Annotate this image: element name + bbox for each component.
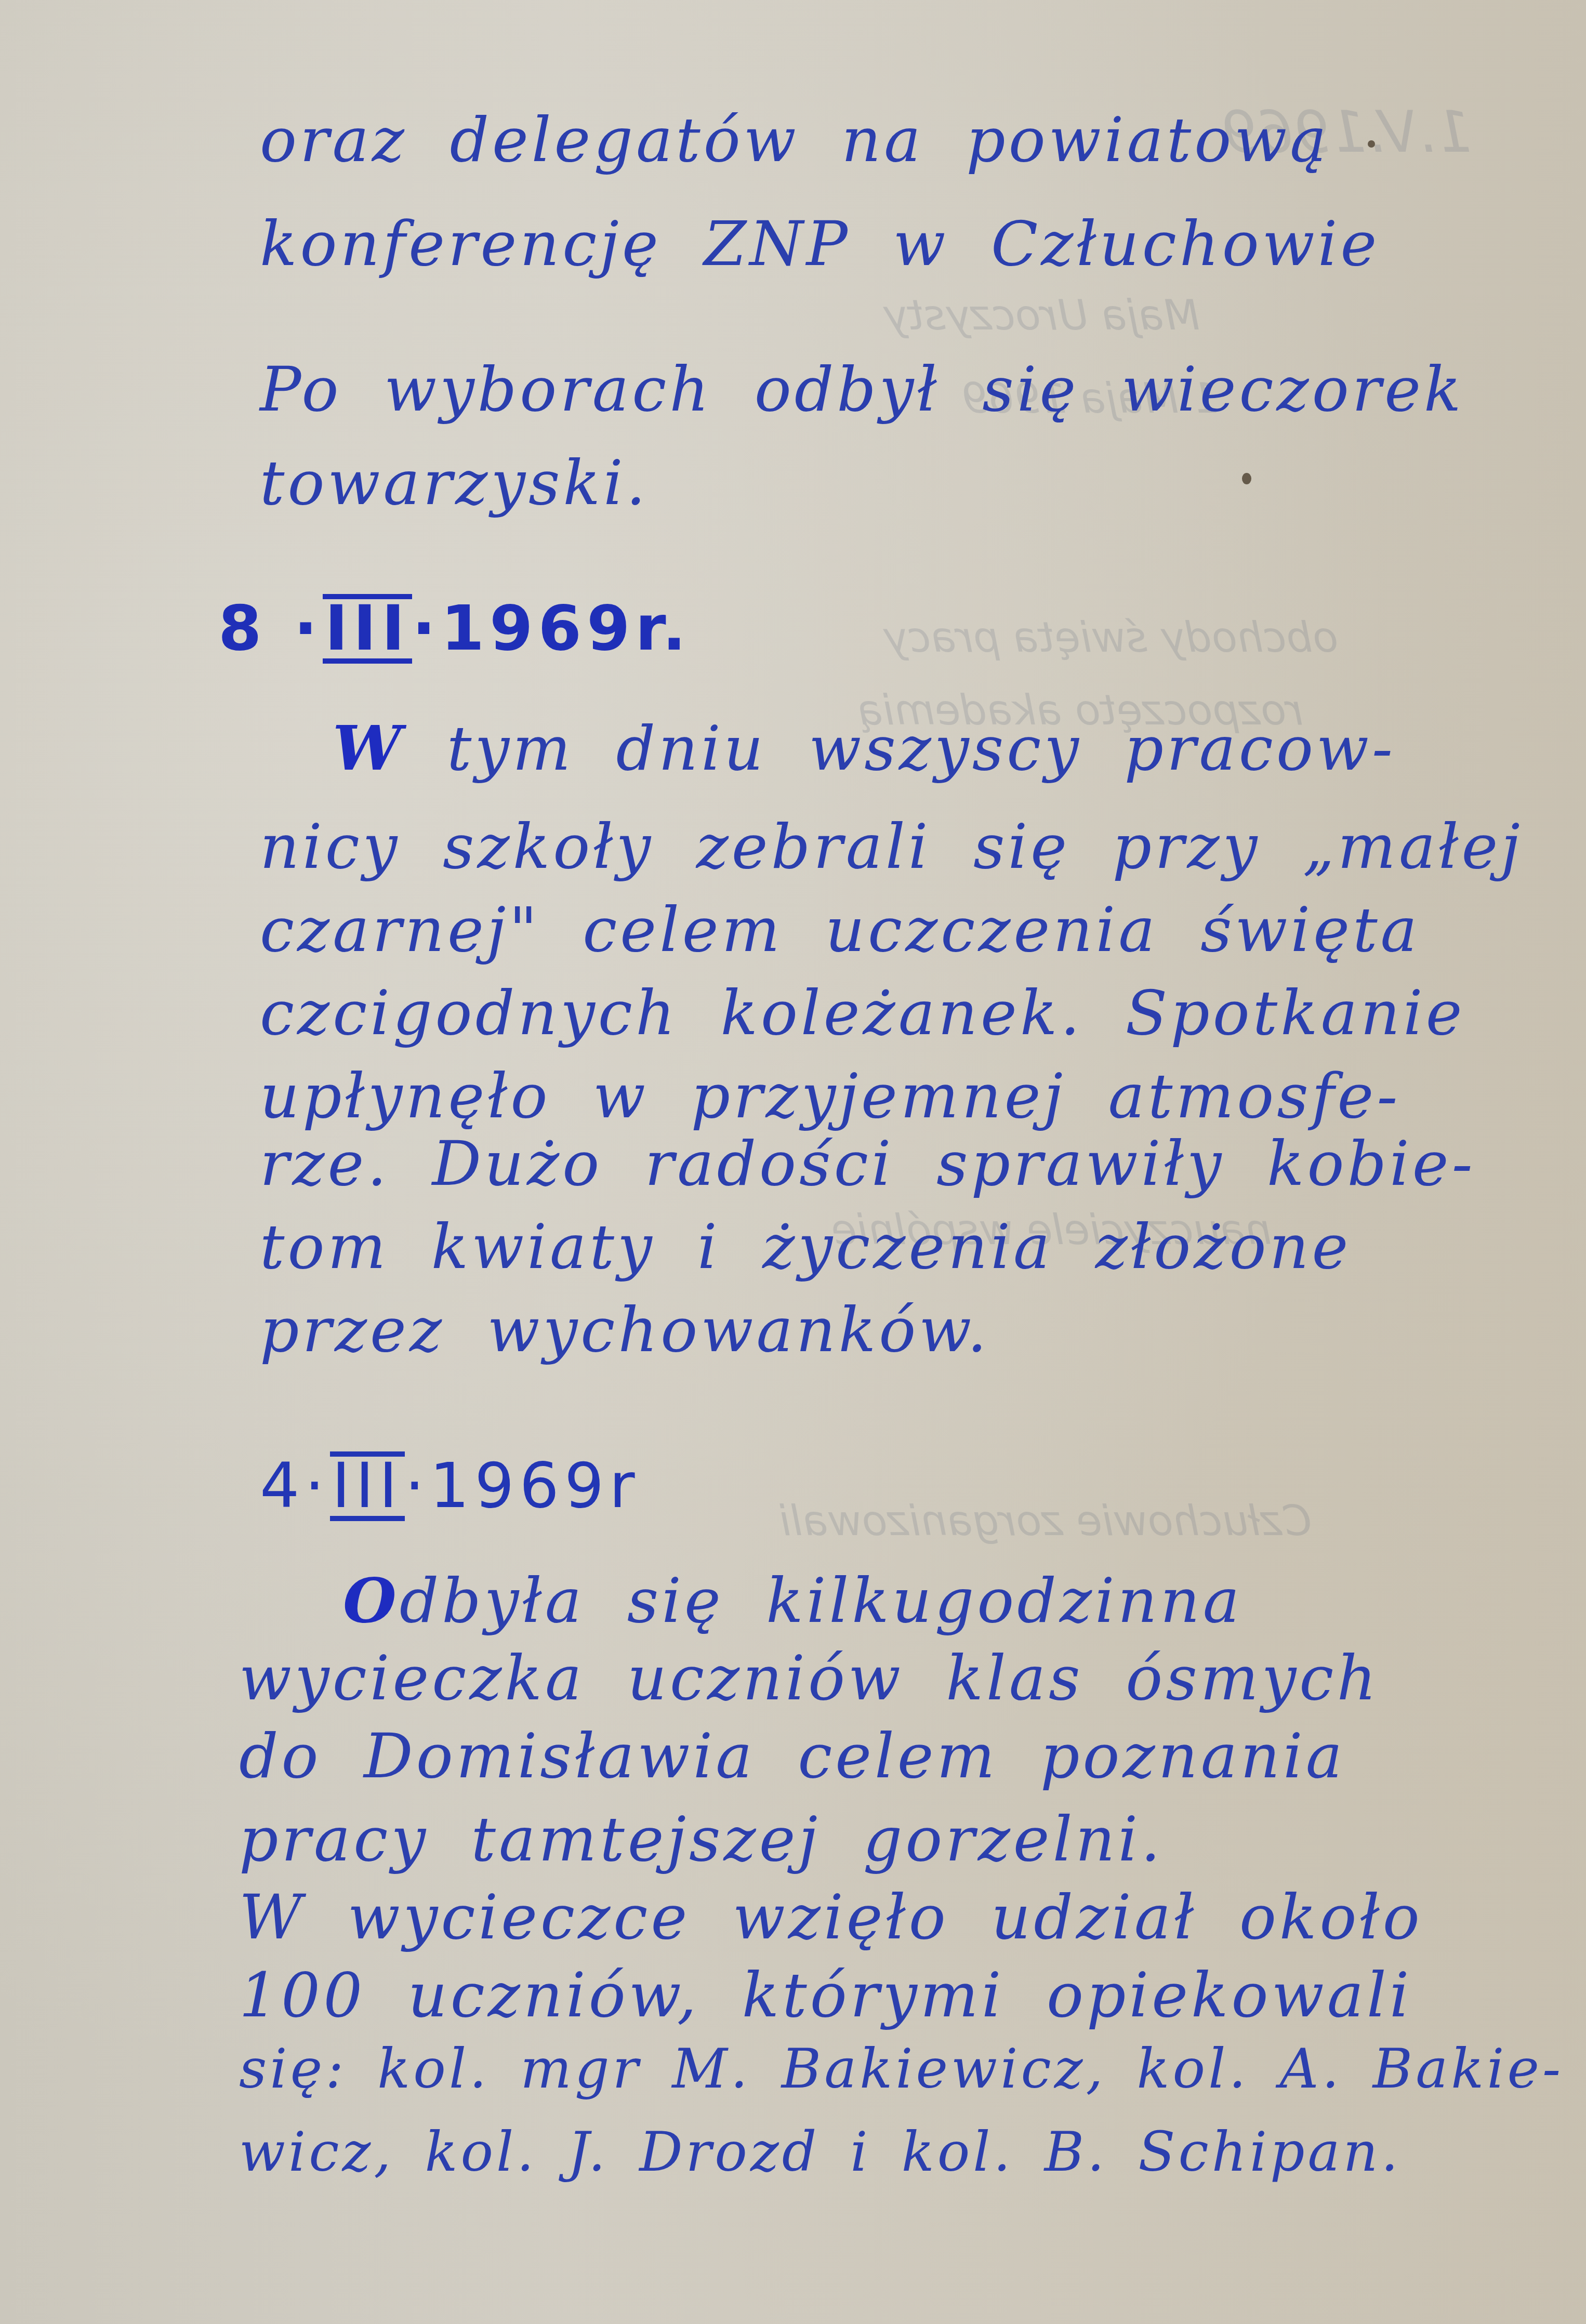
date-separator: · bbox=[305, 1450, 329, 1522]
date-month-roman: III bbox=[323, 594, 412, 664]
text-line: Odbyła się kilkugodzinna bbox=[343, 1564, 1243, 1636]
text-line: wycieczka uczniów klas ósmych bbox=[239, 1642, 1379, 1714]
date-separator: · bbox=[405, 1450, 430, 1522]
date-suffix: r bbox=[609, 1450, 640, 1522]
date-month-roman: III bbox=[330, 1451, 405, 1521]
text-line: przez wychowanków. bbox=[260, 1294, 990, 1366]
date-suffix: r. bbox=[635, 592, 691, 665]
text-line: konferencję ZNP w Człuchowie bbox=[260, 208, 1380, 280]
date-day: 8 bbox=[218, 592, 267, 665]
text-line: wicz, kol. J. Drozd i kol. B. Schipan. bbox=[239, 2120, 1402, 2184]
text-line: Po wyborach odbył się wieczorek bbox=[260, 353, 1464, 425]
drop-initial: O bbox=[343, 1564, 400, 1636]
text-line: do Domisławia celem poznania bbox=[239, 1720, 1345, 1792]
date-separator: · bbox=[294, 592, 323, 665]
bleed-through-text: Maja Uroczysty bbox=[883, 291, 1200, 339]
text-line: się: kol. mgr M. Bakiewicz, kol. A. Baki… bbox=[239, 2037, 1564, 2101]
entry-date-heading: 8 ·III·1969r. bbox=[218, 592, 691, 665]
text-line: czcigodnych koleżanek. Spotkanie bbox=[260, 977, 1465, 1049]
line-text: dbyła się kilkugodzinna bbox=[400, 1565, 1243, 1636]
paper-speck bbox=[1368, 140, 1375, 148]
text-line: towarzyski. bbox=[260, 447, 649, 519]
text-line: czarnej" celem uczczenia święta bbox=[260, 894, 1420, 966]
date-day: 4 bbox=[260, 1450, 305, 1522]
text-line: pracy tamtejszej gorzelni. bbox=[239, 1803, 1164, 1875]
drop-initial: W bbox=[333, 712, 405, 784]
text-line: oraz delegatów na powiatową bbox=[260, 104, 1330, 176]
text-line: upłynęło w przyjemnej atmosfe- bbox=[260, 1060, 1400, 1132]
text-line: tom kwiaty i życzenia złożone bbox=[260, 1211, 1351, 1283]
text-line: W tym dniu wszyscy pracow- bbox=[333, 712, 1396, 784]
paper-speck bbox=[1242, 473, 1251, 484]
handwritten-journal-page: 1.V.1969 Maja Uroczysty 1 Maja 1969 obch… bbox=[0, 0, 1586, 2324]
bleed-through-text: Człuchowie zorganizowali bbox=[779, 1497, 1312, 1545]
date-year: 1969 bbox=[430, 1450, 609, 1522]
text-line: 100 uczniów, którymi opiekowali bbox=[239, 1959, 1412, 2031]
text-line: W wycieczce wzięło udział około bbox=[239, 1881, 1423, 1953]
text-line: nicy szkoły zebrali się przy „małej bbox=[260, 811, 1523, 882]
line-text: tym dniu wszyscy pracow- bbox=[447, 712, 1396, 784]
text-line: rze. Dużo radości sprawiły kobie- bbox=[260, 1128, 1476, 1199]
date-year: 1969 bbox=[441, 592, 635, 665]
bleed-through-text: obchody święta pracy bbox=[883, 613, 1338, 662]
entry-date-heading: 4·III·1969r bbox=[260, 1450, 640, 1522]
date-separator: · bbox=[412, 592, 441, 665]
